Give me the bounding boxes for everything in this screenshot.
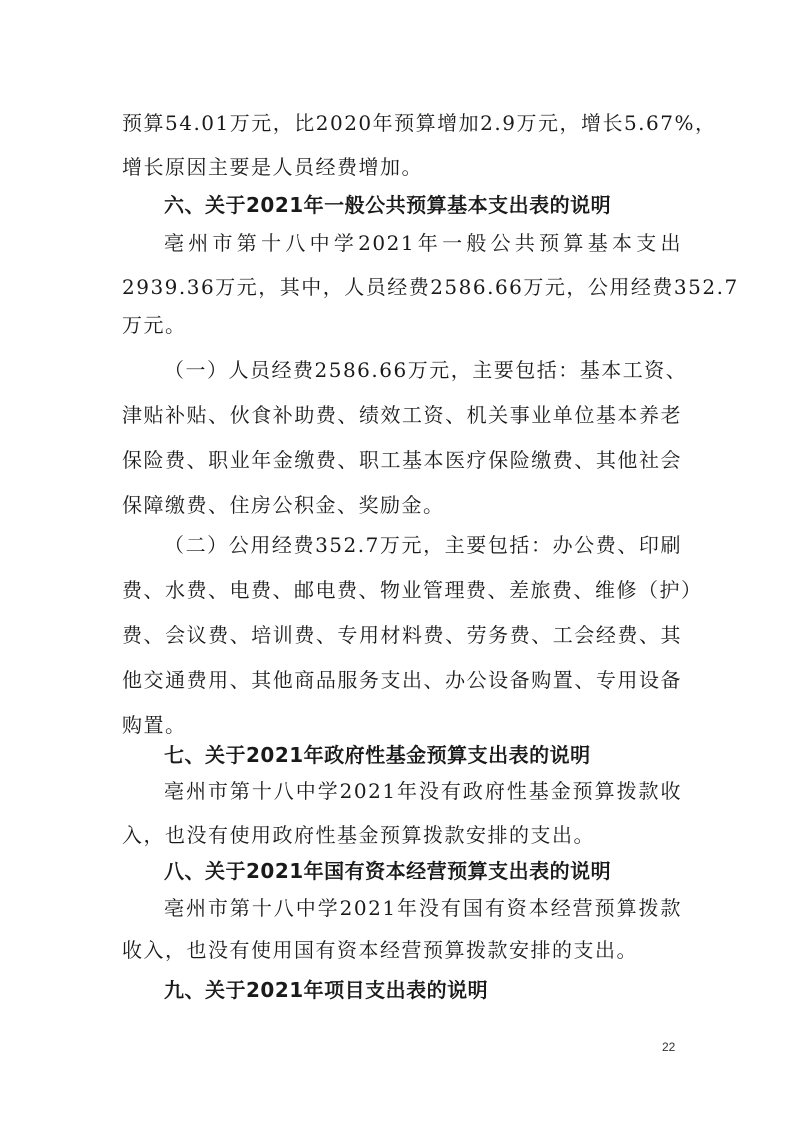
section-heading-8: 八、关于2021年国有资本经营预算支出表的说明 bbox=[164, 858, 724, 884]
body-line: 万元。 bbox=[122, 312, 682, 338]
body-line: 预算54.01万元，比2020年预算增加2.9万元，增长5.67%， bbox=[122, 110, 682, 136]
body-line: 收入，也没有使用国有资本经营预算拨款安排的支出。 bbox=[122, 937, 682, 963]
body-line: （一）人员经费2586.66万元，主要包括：基本工资、 bbox=[164, 357, 682, 383]
body-line: 亳州市第十八中学2021年一般公共预算基本支出 bbox=[164, 230, 682, 256]
body-line: 购置。 bbox=[122, 712, 682, 738]
body-line: 保险费、职业年金缴费、职工基本医疗保险缴费、其他社会 bbox=[122, 447, 682, 473]
body-line: 亳州市第十八中学2021年没有政府性基金预算拨款收 bbox=[164, 778, 682, 804]
document-page: 预算54.01万元，比2020年预算增加2.9万元，增长5.67%， 增长原因主… bbox=[0, 0, 800, 1132]
section-heading-9: 九、关于2021年项目支出表的说明 bbox=[164, 977, 724, 1003]
body-line: 2939.36万元，其中，人员经费2586.66万元，公用经费352.7 bbox=[122, 274, 682, 300]
body-line: 入，也没有使用政府性基金预算拨款安排的支出。 bbox=[122, 822, 682, 848]
body-line: 保障缴费、住房公积金、奖励金。 bbox=[122, 492, 682, 518]
body-line: 津贴补贴、伙食补助费、绩效工资、机关事业单位基本养老 bbox=[122, 402, 682, 428]
body-line: 他交通费用、其他商品服务支出、办公设备购置、专用设备 bbox=[122, 667, 682, 693]
section-heading-7: 七、关于2021年政府性基金预算支出表的说明 bbox=[164, 742, 724, 768]
page-number: 22 bbox=[662, 1040, 675, 1054]
body-line: 增长原因主要是人员经费增加。 bbox=[122, 154, 682, 180]
body-line: 亳州市第十八中学2021年没有国有资本经营预算拨款 bbox=[164, 895, 682, 921]
body-line: 费、水费、电费、邮电费、物业管理费、差旅费、维修（护） bbox=[122, 577, 682, 603]
body-line: 费、会议费、培训费、专用材料费、劳务费、工会经费、其 bbox=[122, 622, 682, 648]
body-line: （二）公用经费352.7万元，主要包括：办公费、印刷 bbox=[164, 532, 682, 558]
section-heading-6: 六、关于2021年一般公共预算基本支出表的说明 bbox=[164, 192, 724, 218]
